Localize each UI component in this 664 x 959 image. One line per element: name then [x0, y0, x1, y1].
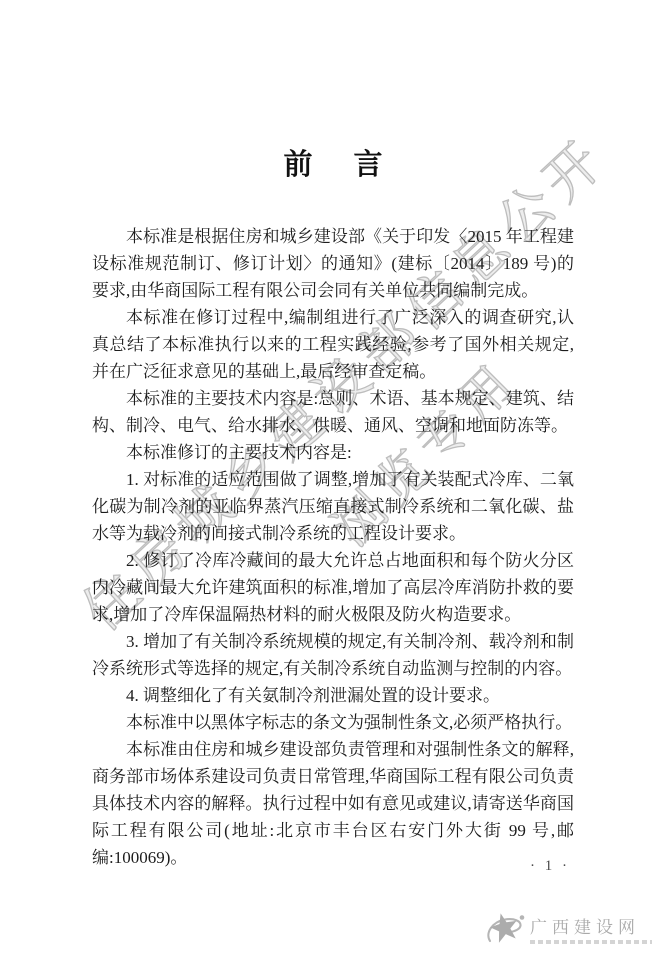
document-page: 住房城乡建设部信息公开 浏览专用 前 言 本标准是根据住房和城乡建设部《关于印发… [0, 0, 664, 959]
site-logo-tagline [530, 940, 652, 944]
page-title: 前 言 [92, 142, 574, 183]
paragraph-mandatory-note: 本标准中以黑体字标志的条文为强制性条文,必须严格执行。 [92, 709, 574, 736]
star-icon [483, 910, 525, 953]
page-number: · 1 · [530, 858, 570, 875]
preface-body: 本标准是根据住房和城乡建设部《关于印发〈2015 年工程建设标准规范制订、修订计… [92, 223, 574, 871]
site-logo-text-column: 广西建设网 [530, 919, 652, 944]
paragraph-administration: 本标准由住房和城乡建设部负责管理和对强制性条文的解释,商务部市场体系建设司负责日… [92, 736, 574, 871]
site-logo: 广西建设网 [483, 910, 652, 953]
paragraph-revision-item-1: 1. 对标准的适应范围做了调整,增加了有关装配式冷库、二氧化碳为制冷剂的亚临界蒸… [92, 466, 574, 547]
paragraph-revision-item-2: 2. 修订了冷库冷藏间的最大允许总占地面积和每个防火分区内冷藏间最大允许建筑面积… [92, 547, 574, 628]
paragraph-revision-intro: 本标准修订的主要技术内容是: [92, 439, 574, 466]
paragraph-revision-item-3: 3. 增加了有关制冷系统规模的规定,有关制冷剂、载冷剂和制冷系统形式等选择的规定… [92, 628, 574, 682]
document-content: 前 言 本标准是根据住房和城乡建设部《关于印发〈2015 年工程建设标准规范制订… [92, 142, 574, 871]
paragraph-revision-item-4: 4. 调整细化了有关氨制冷剂泄漏处置的设计要求。 [92, 682, 574, 709]
site-logo-name: 广西建设网 [530, 919, 652, 937]
paragraph-basis: 本标准是根据住房和城乡建设部《关于印发〈2015 年工程建设标准规范制订、修订计… [92, 223, 574, 304]
paragraph-revision-process: 本标准在修订过程中,编制组进行了广泛深入的调查研究,认真总结了本标准执行以来的工… [92, 304, 574, 385]
paragraph-main-contents: 本标准的主要技术内容是:总则、术语、基本规定、建筑、结构、制冷、电气、给水排水、… [92, 385, 574, 439]
